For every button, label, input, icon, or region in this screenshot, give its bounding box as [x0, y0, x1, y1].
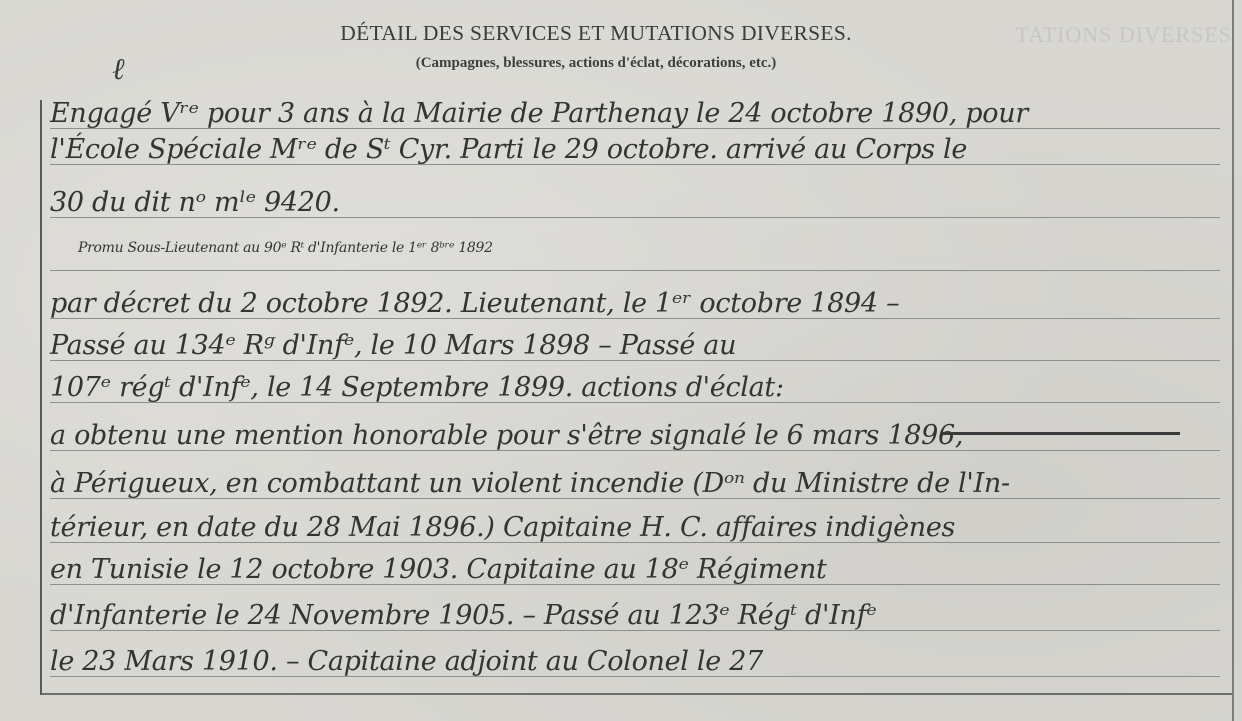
- handwritten-line: d'Infanterie le 24 Novembre 1905. – Pass…: [50, 600, 1225, 631]
- handwritten-line: Engagé Vʳᵉ pour 3 ans à la Mairie de Par…: [50, 98, 1225, 129]
- page-title: DÉTAIL DES SERVICES ET MUTATIONS DIVERSE…: [0, 21, 1192, 46]
- handwritten-line: Passé au 134ᵉ Rᵍ d'Infᵉ, le 10 Mars 1898…: [50, 330, 1225, 361]
- handwritten-line: 107ᵉ régᵗ d'Infᵉ, le 14 Septembre 1899. …: [50, 372, 1225, 403]
- handwritten-line: Promu Sous-Lieutenant au 90ᵉ Rᵗ d'Infant…: [78, 240, 1242, 256]
- document-page: TATIONS DIVERSES DÉTAIL DES SERVICES ET …: [0, 0, 1242, 721]
- handwritten-line: à Périgueux, en combattant un violent in…: [50, 468, 1225, 499]
- underline-mark: [942, 432, 1180, 435]
- margin-flourish: ℓ: [112, 52, 125, 87]
- handwritten-line: par décret du 2 octobre 1892. Lieutenant…: [50, 288, 1225, 319]
- handwritten-line: en Tunisie le 12 octobre 1903. Capitaine…: [50, 554, 1225, 585]
- ruled-line: [50, 270, 1220, 271]
- bottom-border-line: [42, 693, 1232, 695]
- next-line-partial: [60, 699, 1210, 721]
- left-border-line: [40, 100, 42, 695]
- handwritten-line: a obtenu une mention honorable pour s'êt…: [50, 420, 1225, 451]
- handwritten-line: térieur, en date du 28 Mai 1896.) Capita…: [50, 512, 1225, 543]
- handwritten-line: l'École Spéciale Mʳᵉ de Sᵗ Cyr. Parti le…: [50, 134, 1225, 165]
- right-border-line: [1232, 0, 1234, 721]
- handwritten-line: le 23 Mars 1910. – Capitaine adjoint au …: [50, 646, 1225, 677]
- handwritten-line: 30 du dit nᵒ mˡᵉ 9420.: [50, 187, 1225, 218]
- page-subtitle: (Campagnes, blessures, actions d'éclat, …: [0, 55, 1192, 72]
